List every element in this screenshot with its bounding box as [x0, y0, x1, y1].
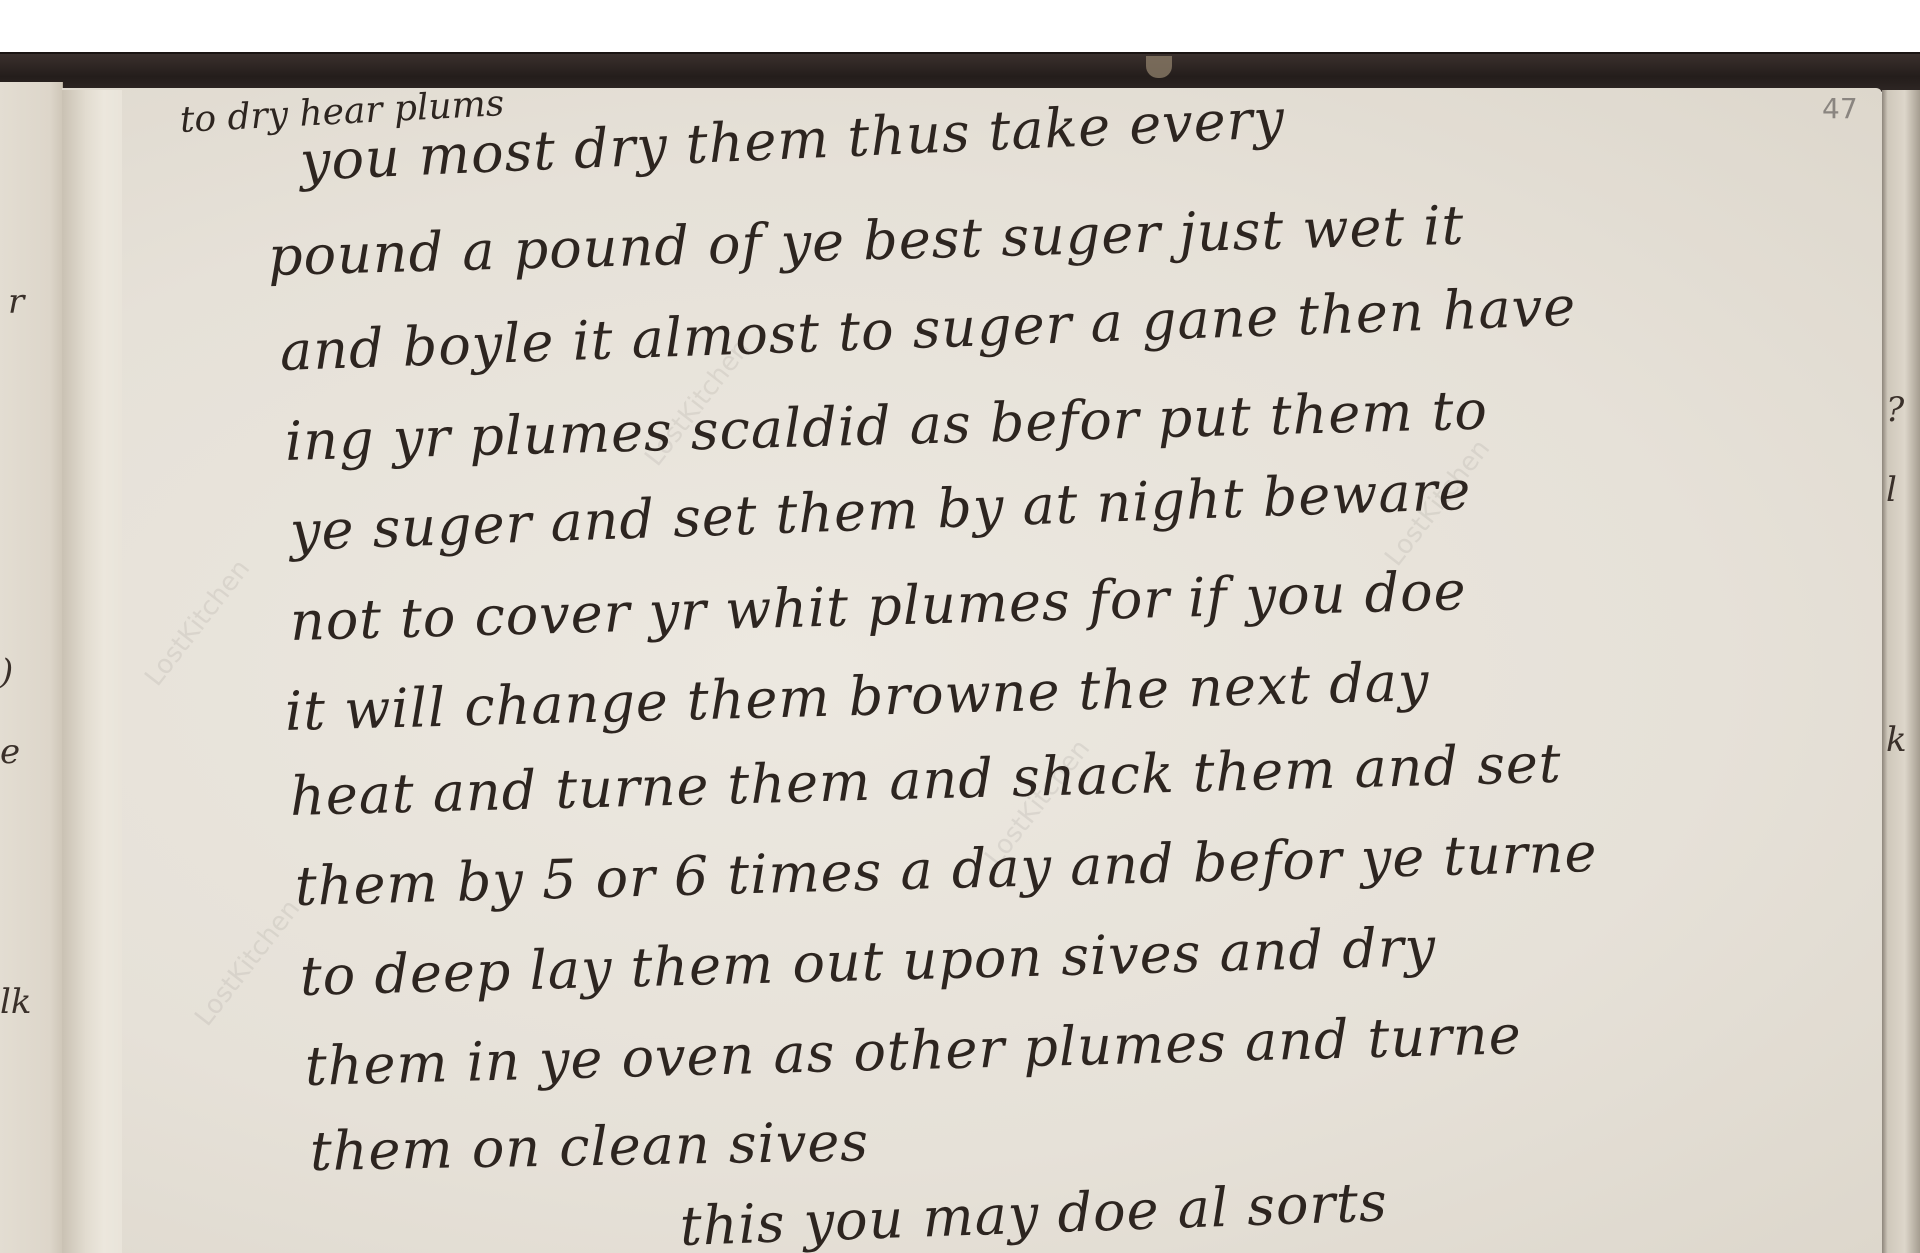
watermark: LostKitchen: [139, 554, 256, 692]
watermark: LostKitchen: [189, 894, 306, 1032]
margin-fragment: ): [0, 652, 13, 692]
binding-wear-mark: [1146, 56, 1172, 78]
book-binding: [0, 52, 1920, 92]
edge-fragment: l: [1886, 470, 1897, 510]
left-page-edge: r ) e lk: [0, 82, 63, 1253]
margin-fragment: e: [0, 732, 20, 772]
margin-fragment: lk: [0, 982, 31, 1022]
page-gutter: [62, 90, 122, 1253]
edge-fragment: k: [1886, 720, 1907, 760]
edge-fragment: ?: [1886, 390, 1904, 430]
margin-fragment: r: [8, 282, 24, 322]
folio-number: 47: [1822, 92, 1858, 125]
right-page-edge: ? l k: [1882, 90, 1920, 1253]
manuscript-line: them on clean sives: [309, 1110, 869, 1183]
